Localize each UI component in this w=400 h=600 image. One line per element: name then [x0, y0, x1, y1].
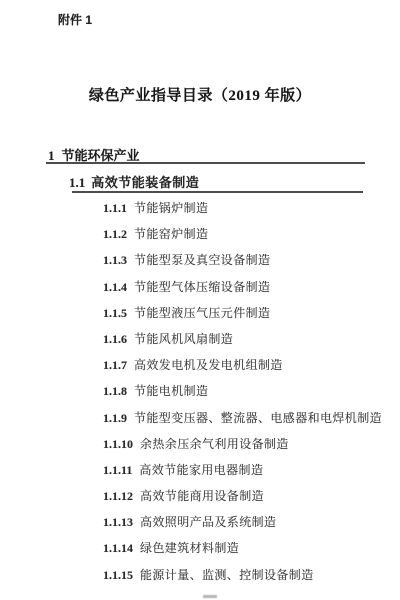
catalog-item: 1.1.7高效发电机及发电机组制造: [103, 352, 393, 378]
attachment-label: 附件 1: [58, 11, 92, 28]
item-number: 1.1.9: [103, 411, 127, 425]
section-number: 1: [48, 148, 55, 163]
catalog-item: 1.1.9节能型变压器、整流器、电感器和电焊机制造: [103, 405, 393, 431]
catalog-item: 1.1.13高效照明产品及系统制造: [103, 509, 393, 535]
item-label: 节能窑炉制造: [134, 227, 208, 241]
catalog-item: 1.1.2节能窑炉制造: [103, 221, 393, 247]
item-number: 1.1.3: [103, 253, 127, 267]
section-label: 节能环保产业: [62, 148, 140, 163]
catalog-item-list: 1.1.1节能锅炉制造 1.1.2节能窑炉制造 1.1.3节能型泵及真空设备制造…: [103, 195, 393, 588]
catalog-item: 1.1.5节能型液压气压元件制造: [103, 300, 393, 326]
item-number: 1.1.10: [103, 437, 133, 451]
item-label: 节能型变压器、整流器、电感器和电焊机制造: [134, 411, 382, 425]
catalog-item: 1.1.4节能型气体压缩设备制造: [103, 274, 393, 300]
catalog-item: 1.1.11高效节能家用电器制造: [103, 457, 393, 483]
page-number-remnant: [203, 595, 217, 598]
item-label: 绿色建筑材料制造: [140, 541, 239, 555]
catalog-item: 1.1.1节能锅炉制造: [103, 195, 393, 221]
document-page: 附件 1 绿色产业指导目录（2019 年版） 1节能环保产业 1.1高效节能装备…: [0, 0, 400, 600]
item-label: 余热余压余气利用设备制造: [140, 437, 289, 451]
catalog-item: 1.1.15能源计量、监测、控制设备制造: [103, 562, 393, 588]
item-label: 节能型气体压缩设备制造: [134, 280, 270, 294]
item-label: 节能风机风扇制造: [134, 332, 233, 346]
item-label: 高效发电机及发电机组制造: [134, 358, 283, 372]
item-label: 节能电机制造: [134, 384, 208, 398]
item-label: 高效照明产品及系统制造: [140, 515, 276, 529]
catalog-item: 1.1.8节能电机制造: [103, 378, 393, 404]
item-label: 高效节能商用设备制造: [140, 489, 264, 503]
subsection-heading: 1.1高效节能装备制造: [69, 172, 199, 191]
item-number: 1.1.6: [103, 332, 127, 346]
catalog-item: 1.1.12高效节能商用设备制造: [103, 483, 393, 509]
subsection-label: 高效节能装备制造: [91, 175, 199, 190]
catalog-item: 1.1.6节能风机风扇制造: [103, 326, 393, 352]
item-label: 节能型液压气压元件制造: [134, 306, 270, 320]
section-rule-divider: [46, 162, 365, 164]
subsection-rule-divider: [72, 191, 363, 193]
item-number: 1.1.5: [103, 306, 127, 320]
item-number: 1.1.8: [103, 384, 127, 398]
item-label: 高效节能家用电器制造: [139, 463, 263, 477]
catalog-item: 1.1.3节能型泵及真空设备制造: [103, 247, 393, 273]
item-number: 1.1.7: [103, 358, 127, 372]
item-number: 1.1.1: [103, 201, 127, 215]
item-number: 1.1.13: [103, 515, 133, 529]
subsection-number: 1.1: [69, 175, 85, 190]
item-number: 1.1.4: [103, 280, 127, 294]
item-number: 1.1.11: [103, 463, 132, 477]
item-number: 1.1.12: [103, 489, 133, 503]
item-number: 1.1.14: [103, 541, 133, 555]
item-label: 能源计量、监测、控制设备制造: [140, 568, 314, 582]
catalog-item: 1.1.10余热余压余气利用设备制造: [103, 431, 393, 457]
item-number: 1.1.15: [103, 568, 133, 582]
item-label: 节能锅炉制造: [134, 201, 208, 215]
item-label: 节能型泵及真空设备制造: [134, 253, 270, 267]
catalog-item: 1.1.14绿色建筑材料制造: [103, 535, 393, 561]
item-number: 1.1.2: [103, 227, 127, 241]
document-title: 绿色产业指导目录（2019 年版）: [0, 84, 400, 105]
